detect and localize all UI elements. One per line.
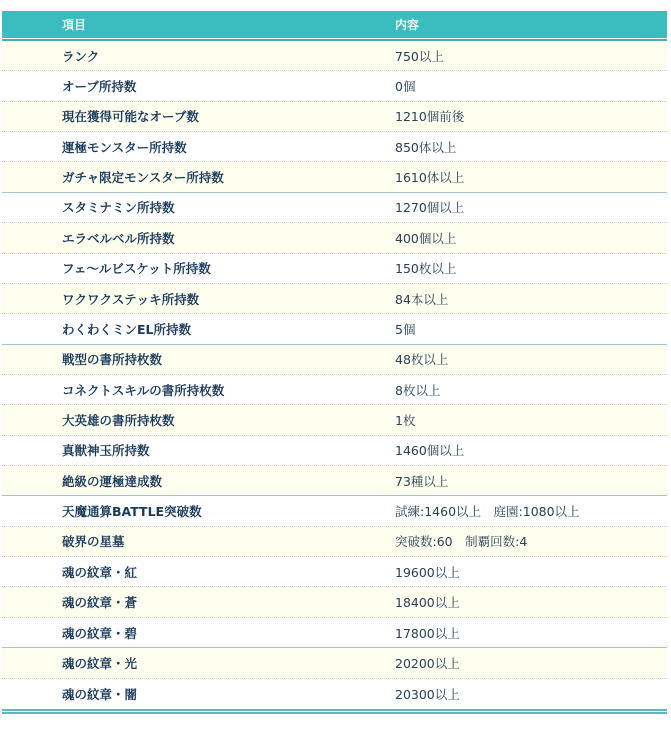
row-label: 魂の紋章・闇	[62, 685, 137, 703]
row-value: 750以上	[395, 47, 444, 65]
table-row: 魂の紋章・碧17800以上	[2, 618, 667, 648]
table-row: 運極モンスター所持数850体以上	[2, 132, 667, 162]
row-value: 84本以上	[395, 290, 448, 308]
row-value: 48枚以上	[395, 350, 448, 368]
row-label: ランク	[62, 47, 99, 65]
row-label: ガチャ限定モンスター所持数	[62, 168, 224, 186]
row-label: 魂の紋章・紅	[62, 563, 137, 581]
row-label: 大英雄の書所持枚数	[62, 411, 175, 429]
row-value: 19600以上	[395, 563, 460, 581]
table-row: わくわくミンEL所持数5個	[2, 314, 667, 344]
row-label: 魂の紋章・碧	[62, 624, 137, 642]
row-label: 絶級の運極達成数	[62, 472, 162, 490]
row-label: フェ〜ルビスケット所持数	[62, 259, 211, 277]
table-row: 現在獲得可能なオーブ数1210個前後	[2, 102, 667, 132]
header-content: 内容	[395, 16, 419, 33]
header-item: 項目	[62, 16, 86, 33]
row-label: 魂の紋章・蒼	[62, 593, 137, 611]
row-value: 突破数:60 制覇回数:4	[395, 532, 527, 550]
row-value: 150枚以上	[395, 259, 456, 277]
table-row: ランク750以上	[2, 41, 667, 71]
table-row: ワクワクステッキ所持数84本以上	[2, 284, 667, 314]
table-row: 魂の紋章・闇20300以上	[2, 679, 667, 709]
table-row: 絶級の運極達成数73種以上	[2, 466, 667, 496]
row-value: 試練:1460以上 庭園:1080以上	[395, 502, 580, 520]
row-value: 1270個以上	[395, 198, 464, 216]
row-label: 破界の星墓	[62, 532, 125, 550]
row-label: オーブ所持数	[62, 77, 136, 95]
table-row: ガチャ限定モンスター所持数1610体以上	[2, 162, 667, 192]
table-body: ランク750以上 オーブ所持数0個 現在獲得可能なオーブ数1210個前後 運極モ…	[2, 41, 667, 709]
table-row: コネクトスキルの書所持枚数8枚以上	[2, 375, 667, 405]
row-value: 17800以上	[395, 624, 460, 642]
table-row: スタミナミン所持数1270個以上	[2, 193, 667, 223]
row-label: 現在獲得可能なオーブ数	[62, 107, 199, 125]
row-value: 20300以上	[395, 685, 460, 703]
row-value: 1460個以上	[395, 441, 464, 459]
table-row: 大英雄の書所持枚数1枚	[2, 405, 667, 435]
row-value: 1枚	[395, 411, 415, 429]
row-label: わくわくミンEL所持数	[62, 320, 191, 338]
row-label: 天魔通算BATTLE突破数	[62, 502, 202, 520]
row-label: コネクトスキルの書所持枚数	[62, 381, 224, 399]
row-label: 戦型の書所持枚数	[62, 350, 162, 368]
row-label: 魂の紋章・光	[62, 654, 137, 672]
row-label: エラベルベル所持数	[62, 229, 175, 247]
row-label: 真獣神玉所持数	[62, 441, 150, 459]
table-row: 魂の紋章・蒼18400以上	[2, 587, 667, 617]
table-row: オーブ所持数0個	[2, 71, 667, 101]
requirements-table: 項目 内容 ランク750以上 オーブ所持数0個 現在獲得可能なオーブ数1210個…	[2, 11, 667, 714]
row-label: 運極モンスター所持数	[62, 138, 187, 156]
table-row: 破界の星墓突破数:60 制覇回数:4	[2, 527, 667, 557]
row-value: 18400以上	[395, 593, 460, 611]
table-row: フェ〜ルビスケット所持数150枚以上	[2, 254, 667, 284]
table-header: 項目 内容	[2, 11, 667, 39]
row-label: ワクワクステッキ所持数	[62, 290, 199, 308]
table-row: エラベルベル所持数400個以上	[2, 223, 667, 253]
table-row: 魂の紋章・紅19600以上	[2, 557, 667, 587]
row-value: 850体以上	[395, 138, 456, 156]
row-value: 1210個前後	[395, 107, 464, 125]
row-value: 0個	[395, 77, 415, 95]
row-value: 1610体以上	[395, 168, 464, 186]
row-value: 400個以上	[395, 229, 456, 247]
row-value: 20200以上	[395, 654, 460, 672]
table-bottom-border	[2, 709, 667, 714]
table-row: 真獣神玉所持数1460個以上	[2, 436, 667, 466]
row-label: スタミナミン所持数	[62, 198, 175, 216]
row-value: 73種以上	[395, 472, 448, 490]
row-value: 8枚以上	[395, 381, 440, 399]
table-row: 天魔通算BATTLE突破数試練:1460以上 庭園:1080以上	[2, 496, 667, 526]
table-row: 魂の紋章・光20200以上	[2, 648, 667, 678]
row-value: 5個	[395, 320, 415, 338]
table-row: 戦型の書所持枚数48枚以上	[2, 345, 667, 375]
